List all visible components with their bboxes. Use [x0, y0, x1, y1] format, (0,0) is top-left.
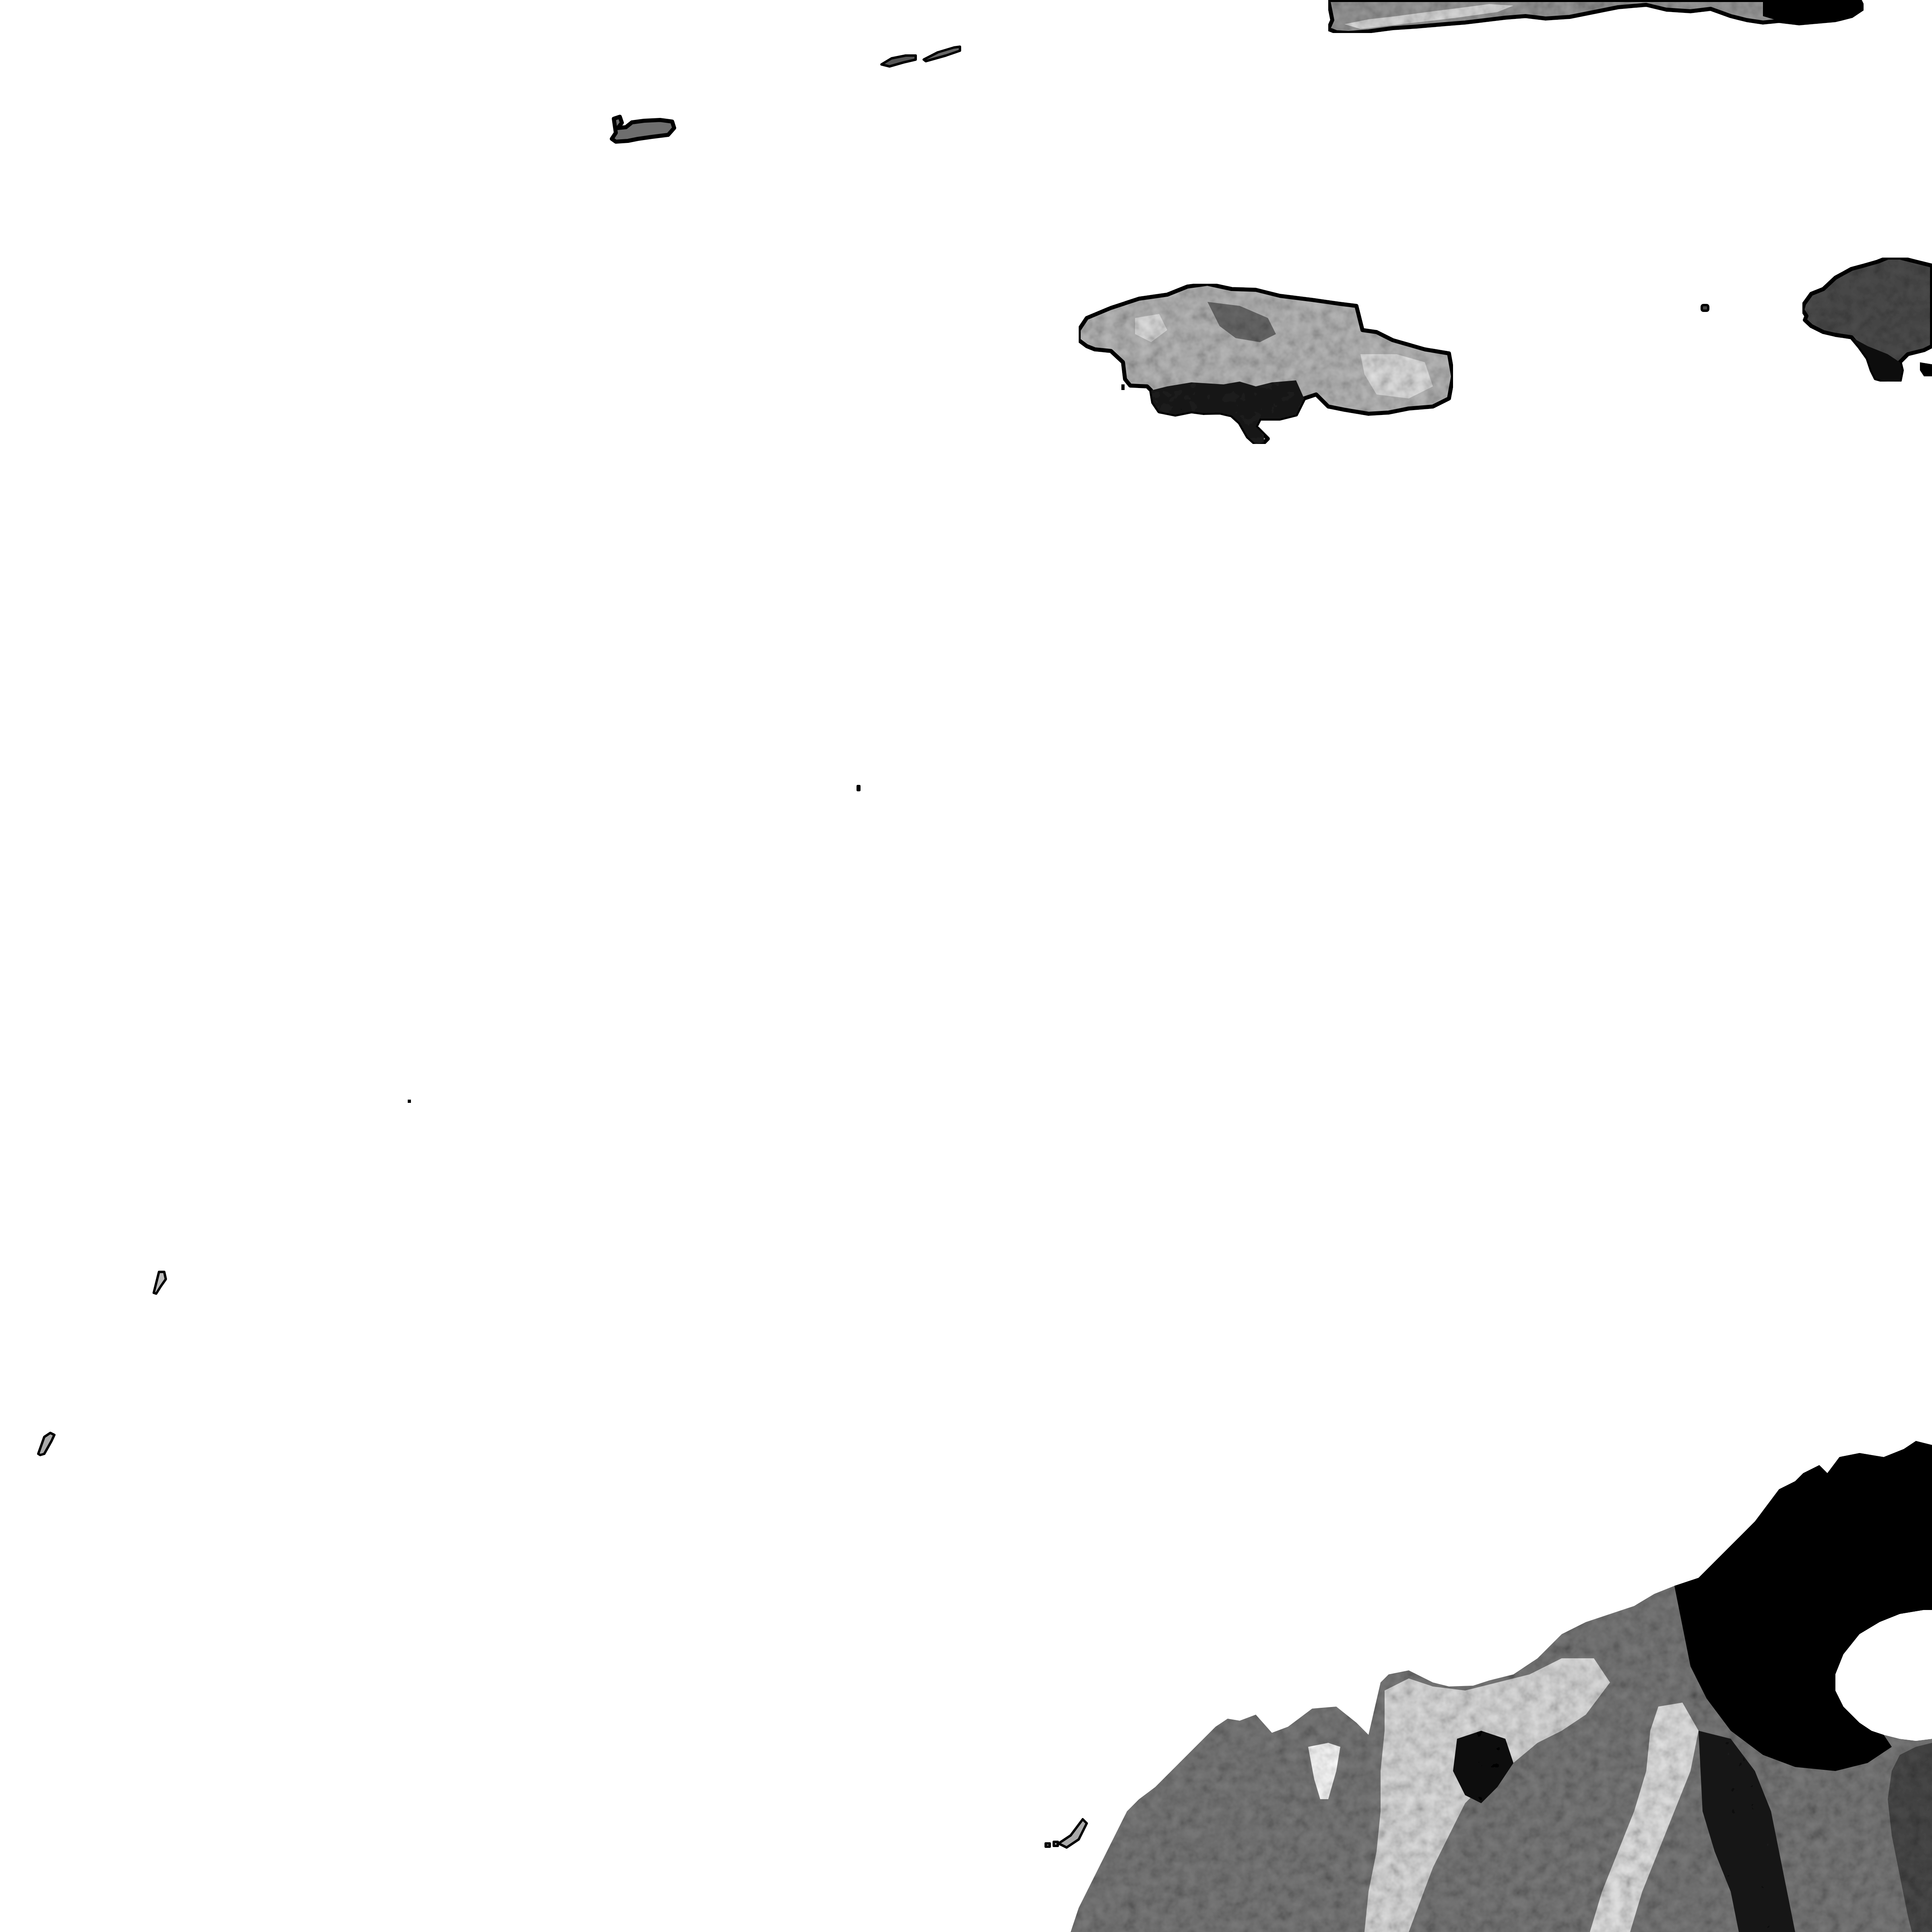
bajo-nuevo-dot — [408, 1100, 411, 1103]
map-canvas[interactable] — [0, 0, 1932, 1932]
navassa-islet — [1702, 305, 1708, 311]
serranilla-islet — [857, 785, 861, 791]
